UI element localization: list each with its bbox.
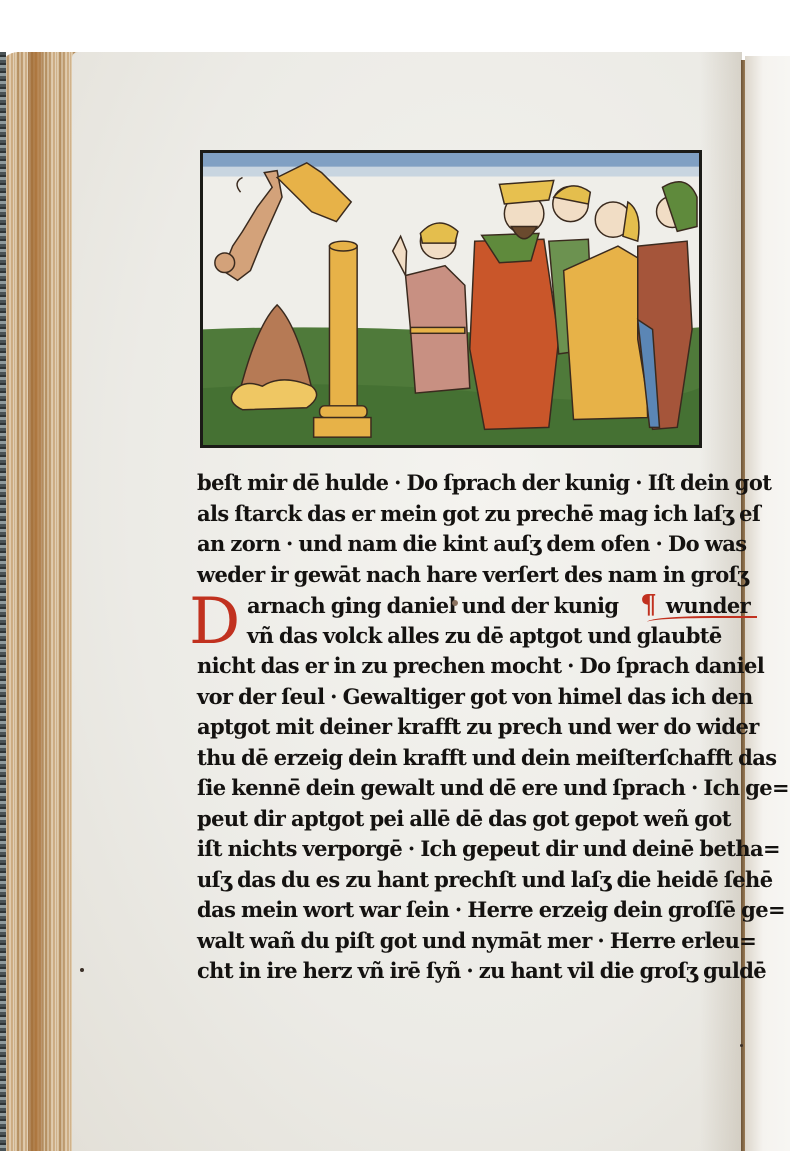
- text-line-7: nicht das er in zu prechen mocht · Do ſp…: [197, 651, 742, 682]
- text-line-3: an zorn · und nam die kint auſʒ dem ofen…: [197, 529, 742, 560]
- text-line-15: das mein wort war ſein · Herre erzeig de…: [197, 895, 742, 926]
- text-line-8: vor der ſeul · Gewaltiger got von himel …: [197, 682, 742, 713]
- blackletter-text: beſt mir dē̄ hulde · Do ſprach der kunig…: [197, 468, 742, 987]
- text-line-16: walt wañ du piſt got und nymāt mer · Her…: [197, 926, 742, 957]
- figure-king: [470, 180, 559, 429]
- facing-page-edge: [745, 56, 790, 1151]
- book-page-edges: [0, 52, 80, 1151]
- text-line-6: vñ das volck alles zu dē aptgot und glau…: [197, 621, 742, 652]
- ink-speck: [80, 968, 84, 972]
- woodcut-illustration: [200, 150, 702, 448]
- text-line-14: uſʒ das du es zu hant prechſt und laſʒ d…: [197, 865, 742, 896]
- text-line-12: peut dir aptgot pei allē dē das got gepo…: [197, 804, 742, 835]
- text-line-9: aptgot mit deiner krafft zu prech und we…: [197, 712, 742, 743]
- text-line-1: beſt mir dē̄ hulde · Do ſprach der kunig…: [197, 468, 742, 499]
- text-line-2: als ſtarck das er mein got zu prechē̄ ma…: [197, 499, 742, 530]
- text-line-5: D arnach ging daniel und der kunig ¶ wun…: [197, 590, 742, 621]
- text-line-11: ſie kennē̄ dein gewalt und dē̄ ere und ſ…: [197, 773, 742, 804]
- text-line-4: weder ir gewāt nach hare verſert des nam…: [197, 560, 742, 591]
- text-line-17: cht in ire herz vñ irē ſyñ · zu hant vil…: [197, 956, 742, 987]
- text-line-10: thu dē erzeig dein krafft und dein meiſt…: [197, 743, 742, 774]
- figure-elder: [564, 202, 648, 420]
- ink-speck: [740, 1044, 743, 1047]
- text-line-5-tail: wunder: [666, 593, 750, 618]
- text-line-13: iſt nichts verporgē · Ich gepeut dir und…: [197, 834, 742, 865]
- text-line-5-main: arnach ging daniel und der kunig: [247, 593, 619, 618]
- stain-speck: [452, 600, 458, 606]
- demon: [215, 171, 282, 281]
- woodcut-scene: [203, 153, 699, 445]
- paragraph-mark: ¶: [640, 590, 656, 620]
